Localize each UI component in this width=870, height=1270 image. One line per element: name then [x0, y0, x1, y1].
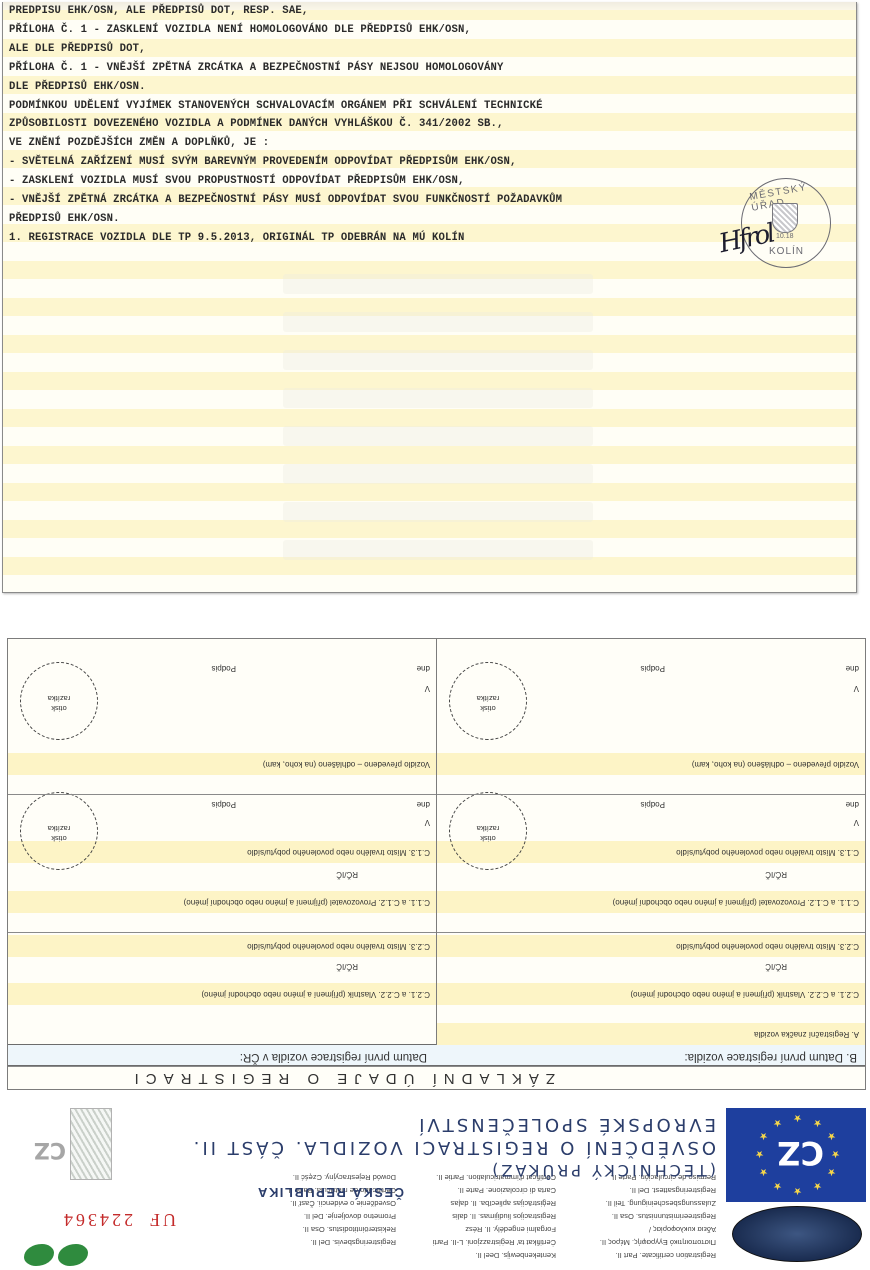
field-owner-name[interactable]: C.2.1. a C.2.2. Vlastník (příjmení a jmé…	[8, 983, 436, 1005]
date-label: dne	[846, 664, 859, 673]
coat-of-arms-icon	[772, 203, 798, 233]
language-item: Registreringsbevis. Del II.	[286, 1236, 396, 1249]
stamp-number: 10.18	[776, 233, 794, 240]
watermark-band	[283, 502, 593, 522]
first-registration-label: B. Datum první registrace vozidla:	[684, 1051, 857, 1063]
field-operator-id[interactable]: RČ/IČ	[765, 870, 787, 879]
field-owner-name[interactable]: C.2.1. a C.2.2. Vlastník (příjmení a jmé…	[437, 983, 865, 1005]
lion-crest-icon	[70, 1108, 112, 1180]
typed-line: PREDPISU EHK/OSN, ALE PŘEDPISŮ DOT, RESP…	[9, 2, 562, 21]
language-item: Registracijos liudijimas. II. dalis	[433, 1210, 556, 1223]
holder-column: C.2.1. a C.2.2. Vlastník (příjmení a jmé…	[8, 639, 436, 1045]
language-item: Prometno dovoljenje. Del II.	[286, 1210, 396, 1223]
language-list: Kentekenbewijs. Deel II. Ċertifikat ta' …	[433, 1171, 556, 1262]
watermark-band	[283, 426, 593, 446]
leaf-emblem-icon	[18, 1240, 88, 1266]
language-list: Registration certificate. Part II. Πιστο…	[600, 1171, 716, 1262]
stamp-placeholder: otisk razítka	[449, 792, 527, 870]
stamp-label: razítka	[21, 694, 97, 703]
typed-line: PŘÍLOHA Č. 1 - ZASKLENÍ VOZIDLA NENÍ HOM…	[9, 21, 562, 40]
typed-line: VE ZNĚNÍ POZDĚJŠÍCH ZMĚN A DOPLŇKŮ, JE :	[9, 134, 562, 153]
watermark-band	[283, 312, 593, 332]
language-item: Kentekenbewijs. Deel II.	[433, 1249, 556, 1262]
field-owner-address[interactable]: C.2.3. Místo trvalého nebo povoleného po…	[8, 935, 436, 957]
watermark-band	[283, 274, 593, 294]
annotation-page: PREDPISU EHK/OSN, ALE PŘEDPISŮ DOT, RESP…	[2, 2, 857, 593]
stamp-label: razítka	[450, 824, 526, 833]
language-item: Carta di circolazione. Parte II.	[433, 1184, 556, 1197]
place-label: V	[854, 684, 859, 693]
stamp-label: razítka	[21, 824, 97, 833]
stamp-placeholder: otisk razítka	[20, 662, 98, 740]
language-item: Άδεια κυκλοφορίας /	[600, 1223, 716, 1236]
title-line-1: EVROPSKÉ SPOLEČENSTVÍ	[416, 1114, 716, 1135]
serial-number: UF224364	[61, 1209, 176, 1230]
eu-flag-icon: ★ ★ ★ ★ ★ ★ ★ ★ ★ ★ ★ ★ CZ	[726, 1108, 866, 1202]
date-label: dne	[846, 800, 859, 809]
signature-label: Podpis	[212, 800, 236, 809]
typed-line: - ZASKLENÍ VOZIDLA MUSÍ SVOU PROPUSTNOST…	[9, 172, 562, 191]
typed-line: - VNĚJŠÍ ZPĚTNÁ ZRCÁTKA A BEZPEČNOSTNÍ P…	[9, 191, 562, 210]
section-banner: ZÁKLADNÍ ÚDAJE O REGISTRACI	[8, 1067, 865, 1089]
field-transfer[interactable]: Vozidlo převedeno – odhlášeno (na koho, …	[8, 753, 436, 775]
watermark-band	[283, 464, 593, 484]
stamp-placeholder: otisk razítka	[20, 792, 98, 870]
language-item: Rekisteröintitodistus. Osa II.	[286, 1223, 396, 1236]
date-label: dne	[417, 800, 430, 809]
place-label: V	[425, 818, 430, 827]
place-label: V	[854, 818, 859, 827]
place-label: V	[425, 684, 430, 693]
country-name: ČESKÁ REPUBLIKA	[257, 1185, 404, 1200]
state-emblem-icon: CZ	[18, 1090, 148, 1200]
watermark-band	[283, 350, 593, 370]
watermark-band	[283, 388, 593, 408]
typed-line: - SVĚTELNÁ ZAŘÍZENÍ MUSÍ SVÝM BAREVNÝM P…	[9, 153, 562, 172]
hologram-icon	[732, 1206, 862, 1262]
field-transfer[interactable]: Vozidlo převedeno – odhlášeno (na koho, …	[437, 753, 865, 775]
language-item: Registration certificate. Part II.	[600, 1249, 716, 1262]
field-owner-id[interactable]: RČ/IČ	[765, 962, 787, 971]
field-registration-plate[interactable]: A. Registrační značka vozidla	[437, 1023, 865, 1045]
stamp-placeholder: otisk razítka	[449, 662, 527, 740]
stamp-label: razítka	[450, 694, 526, 703]
language-item: Registreerimistunnistus. Osa II.	[600, 1210, 716, 1223]
language-list: Registreringsbevis. Del II. Rekisteröint…	[286, 1171, 396, 1249]
date-label: dne	[417, 664, 430, 673]
serial-prefix: UF	[147, 1210, 176, 1230]
signature-label: Podpis	[641, 800, 665, 809]
typed-line: PŘEDPISŮ EHK/OSN.	[9, 210, 562, 229]
language-item: Πιστοποιητικό Εγγραφής. Μέρος II.	[600, 1236, 716, 1249]
certificate-title-block: ★ ★ ★ ★ ★ ★ ★ ★ ★ ★ ★ ★ CZ Registration …	[9, 1092, 866, 1270]
stamp-label: otisk	[450, 834, 526, 843]
typed-annotations: PREDPISU EHK/OSN, ALE PŘEDPISŮ DOT, RESP…	[9, 2, 562, 248]
typed-line: PODMÍNKOU UDĚLENÍ VYJÍMEK STANOVENÝCH SC…	[9, 97, 562, 116]
country-code: CZ	[777, 1134, 824, 1172]
owner-column: A. Registrační značka vozidla C.2.1. a C…	[436, 639, 865, 1045]
signature-label: Podpis	[641, 664, 665, 673]
field-operator-name[interactable]: C.1.1. a C.1.2. Provozovatel (příjmení a…	[8, 891, 436, 913]
language-item: Zulassungsbescheinigung. Teil II.	[600, 1197, 716, 1210]
registration-certificate-form: ★ ★ ★ ★ ★ ★ ★ ★ ★ ★ ★ ★ CZ Registration …	[4, 620, 866, 1270]
title-line-2: OSVĚDČENÍ O REGISTRACI VOZIDLA. ČÁST II.	[191, 1137, 716, 1158]
registration-data-frame: ZÁKLADNÍ ÚDAJE O REGISTRACI B. Datum prv…	[7, 638, 866, 1090]
section-title: ZÁKLADNÍ ÚDAJE O REGISTRACI	[128, 1070, 555, 1087]
field-owner-id[interactable]: RČ/IČ	[336, 962, 358, 971]
signature-label: Podpis	[212, 664, 236, 673]
stamp-label: otisk	[21, 704, 97, 713]
first-registration-header: B. Datum první registrace vozidla: Datum…	[8, 1044, 865, 1066]
typed-line: DLE PŘEDPISŮ EHK/OSN.	[9, 78, 562, 97]
emblem-code: CZ	[34, 1137, 66, 1162]
stamp-label: otisk	[450, 704, 526, 713]
first-registration-cz-label: Datum první registrace vozidla v ČR:	[240, 1051, 427, 1063]
field-operator-id[interactable]: RČ/IČ	[336, 870, 358, 879]
typed-line: ALE DLE PŘEDPISŮ DOT,	[9, 40, 562, 59]
title-line-3: (TECHNICKÝ PRŮKAZ)	[489, 1161, 716, 1180]
serial-digits: 224364	[61, 1210, 133, 1230]
watermark-band	[283, 540, 593, 560]
language-item: Forgalmi engedély. II. Rész	[433, 1223, 556, 1236]
stamp-label: otisk	[21, 834, 97, 843]
language-item: Dowód Rejestracyjny. Część II.	[286, 1171, 396, 1184]
language-item: Registreringsattest. Del II.	[600, 1184, 716, 1197]
field-owner-address[interactable]: C.2.3. Místo trvalého nebo povoleného po…	[437, 935, 865, 957]
typed-line: PŘÍLOHA Č. 1 - VNĚJŠÍ ZPĚTNÁ ZRCÁTKA A B…	[9, 59, 562, 78]
typed-line: ZPŮSOBILOSTI DOVEZENÉHO VOZIDLA A PODMÍN…	[9, 115, 562, 134]
language-item: Ċertifikat ta' Reġistrazzjoni. L-II. Par…	[433, 1236, 556, 1249]
typed-line: 1. REGISTRACE VOZIDLA DLE TP 9.5.2013, O…	[9, 229, 562, 248]
field-operator-name[interactable]: C.1.1. a C.1.2. Provozovatel (příjmení a…	[437, 891, 865, 913]
language-item: Reģistrācijas apliecība. II. daļas	[433, 1197, 556, 1210]
